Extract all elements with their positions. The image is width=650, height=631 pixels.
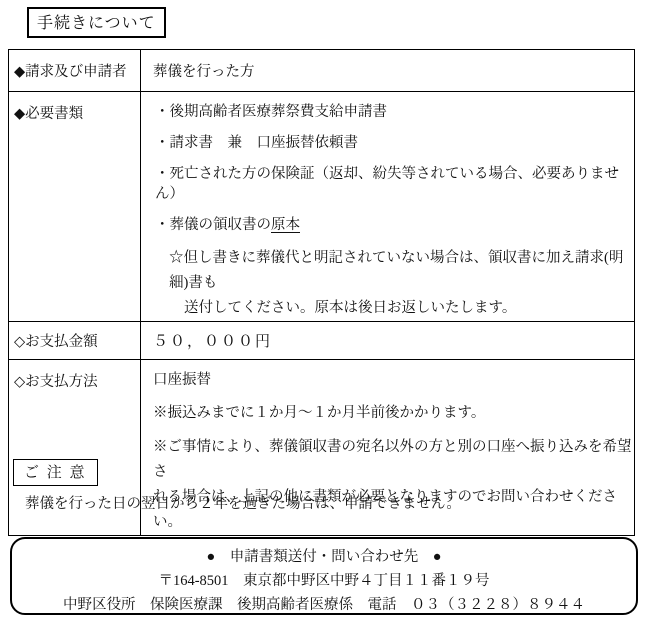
table-row-applicant: ◆請求及び申請者 葬儀を行った方 <box>9 50 635 92</box>
row-amount-label: ◇お支払金額 <box>9 322 141 360</box>
receipt-item-original-underlined: 原本 <box>271 217 300 233</box>
star-note-line2: 送付してください。原本は後日お返しいたします。 <box>155 296 628 321</box>
payment-method: 口座振替 <box>153 370 634 390</box>
required-doc-item-receipt: ・葬儀の領収書の原本 <box>155 215 628 235</box>
row-required-label: ◆必要書類 <box>9 92 141 322</box>
notice-heading: ご 注 意 <box>13 459 98 486</box>
notice-text: 葬儀を行った日の翌日から２年を過ぎた場合は、申請できません。 <box>25 492 461 513</box>
row-amount-value: ５０，０００円 <box>141 322 635 360</box>
receipt-item-prefix: ・葬儀の領収書の <box>155 217 271 233</box>
star-note-line1: ☆但し書きに葬儀代と明記されていない場合は、領収書に加え請求(明細)書も <box>155 246 628 296</box>
page-title: 手続きについて <box>27 7 166 38</box>
payment-note-1: ※振込みまでに１か月～１か月半前後かかります。 <box>153 403 634 423</box>
contact-box: ● 申請書類送付・問い合わせ先 ● 〒164-8501 東京都中野区中野４丁目１… <box>10 537 638 615</box>
procedure-table: ◆請求及び申請者 葬儀を行った方 ◆必要書類 ・後期高齢者医療葬祭費支給申請書 … <box>8 49 635 536</box>
funeral-expense-procedure-document: { "title": "手続きについて", "table": { "rows":… <box>0 0 650 631</box>
payment-note-2-line1: ※ご事情により、葬儀領収書の宛名以外の方と別の口座へ振り込みを希望さ <box>153 435 634 485</box>
contact-heading: ● 申請書類送付・問い合わせ先 ● <box>12 545 636 569</box>
contact-office-phone: 中野区役所 保険医療課 後期高齢者医療係 電話 ０３（３２２８）８９４４ <box>12 593 636 617</box>
table-row-payment-amount: ◇お支払金額 ５０，０００円 <box>9 322 635 360</box>
row-required-value: ・後期高齢者医療葬祭費支給申請書 ・請求書 兼 口座振替依頼書 ・死亡された方の… <box>141 92 635 322</box>
required-doc-item: ・後期高齢者医療葬祭費支給申請書 <box>155 102 628 122</box>
row-applicant-value: 葬儀を行った方 <box>141 50 635 92</box>
required-doc-item: ・請求書 兼 口座振替依頼書 <box>155 133 628 153</box>
contact-address: 〒164-8501 東京都中野区中野４丁目１１番１９号 <box>12 569 636 593</box>
required-doc-item: ・死亡された方の保険証（返却、紛失等されている場合、必要ありません） <box>155 164 628 204</box>
table-row-required-documents: ◆必要書類 ・後期高齢者医療葬祭費支給申請書 ・請求書 兼 口座振替依頼書 ・死… <box>9 92 635 322</box>
row-applicant-label: ◆請求及び申請者 <box>9 50 141 92</box>
